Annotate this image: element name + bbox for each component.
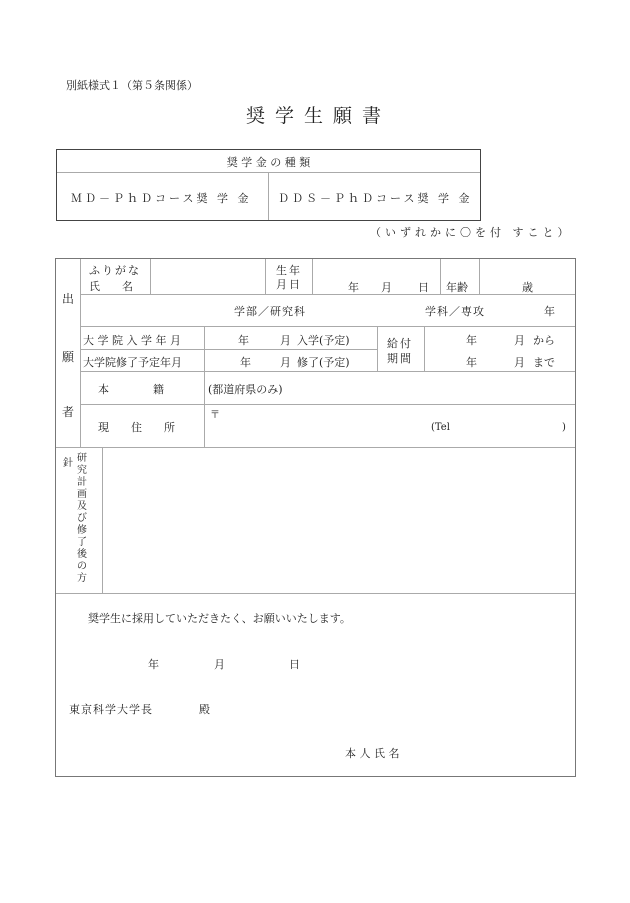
faculty-field[interactable] xyxy=(81,295,575,326)
addressee: 東京科学大学長 xyxy=(69,701,153,717)
signature-field[interactable] xyxy=(420,740,570,762)
divider xyxy=(81,326,575,327)
applicant-side-label-1: 出 xyxy=(62,290,74,307)
date-field[interactable] xyxy=(100,650,310,672)
admission-year-unit: 年 xyxy=(238,332,249,348)
divider xyxy=(265,259,266,294)
period-to-year-unit: 年 xyxy=(466,354,477,370)
selection-note: （いずれかに〇を付 すこと） xyxy=(370,224,573,240)
admission-label: 大 学 院 入 学 年 月 xyxy=(83,332,181,348)
divider xyxy=(424,327,425,371)
scholarship-type-header: 奨 学 金 の 種 類 xyxy=(56,154,481,170)
address-label: 現 住 所 xyxy=(98,419,175,435)
completion-suffix: 修了(予定) xyxy=(297,354,350,370)
divider xyxy=(80,259,81,447)
applicant-side-label-3: 者 xyxy=(62,403,74,420)
period-label-2: 期間 xyxy=(387,350,413,366)
domicile-field[interactable] xyxy=(205,372,575,404)
research-plan-label: 研 究 計 画 及 び 修 了 後 の 方 xyxy=(77,453,89,585)
research-side-label: 針 xyxy=(63,454,73,469)
address-field[interactable] xyxy=(205,405,575,447)
age-label: 年齢 xyxy=(446,279,468,295)
period-from: から xyxy=(533,332,555,348)
signature-label: 本 人 氏 名 xyxy=(345,745,400,761)
furigana-label: ふりがな xyxy=(89,262,141,278)
period-label-1: 給付 xyxy=(387,335,413,351)
research-plan-field[interactable] xyxy=(103,448,575,593)
name-field[interactable] xyxy=(151,259,265,294)
option-md-phd[interactable]: ＭＤ－ＰｈＤコース奨 学 金 xyxy=(71,190,251,206)
name-label: 氏 名 xyxy=(89,278,133,294)
divider xyxy=(440,259,441,294)
age-field[interactable] xyxy=(480,259,575,294)
completion-label: 大学院修了予定年月 xyxy=(83,354,182,370)
applicant-side-label-2: 願 xyxy=(62,348,74,365)
option-dds-phd[interactable]: ＤＤＳ－ＰｈＤコース奨 学 金 xyxy=(278,190,472,206)
period-from-month-unit: 月 xyxy=(514,332,525,348)
birth-label-2: 月日 xyxy=(276,276,302,292)
divider xyxy=(56,593,575,594)
honorific: 殿 xyxy=(199,701,210,717)
divider xyxy=(268,173,269,220)
divider xyxy=(81,349,377,350)
period-from-year-unit: 年 xyxy=(466,332,477,348)
divider xyxy=(377,327,378,371)
form-reference: 別紙様式１（第５条関係） xyxy=(66,77,198,93)
admission-month-unit: 月 xyxy=(280,332,291,348)
period-to-month-unit: 月 xyxy=(514,354,525,370)
page-title: 奨学生願書 xyxy=(246,101,391,128)
admission-suffix: 入学(予定) xyxy=(297,332,350,348)
completion-month-unit: 月 xyxy=(280,354,291,370)
period-to: まで xyxy=(533,354,555,370)
domicile-label: 本 籍 xyxy=(98,381,164,397)
birth-date-field[interactable] xyxy=(313,259,440,294)
completion-year-unit: 年 xyxy=(240,354,251,370)
request-statement: 奨学生に採用していただきたく、お願いいたします。 xyxy=(88,610,351,626)
